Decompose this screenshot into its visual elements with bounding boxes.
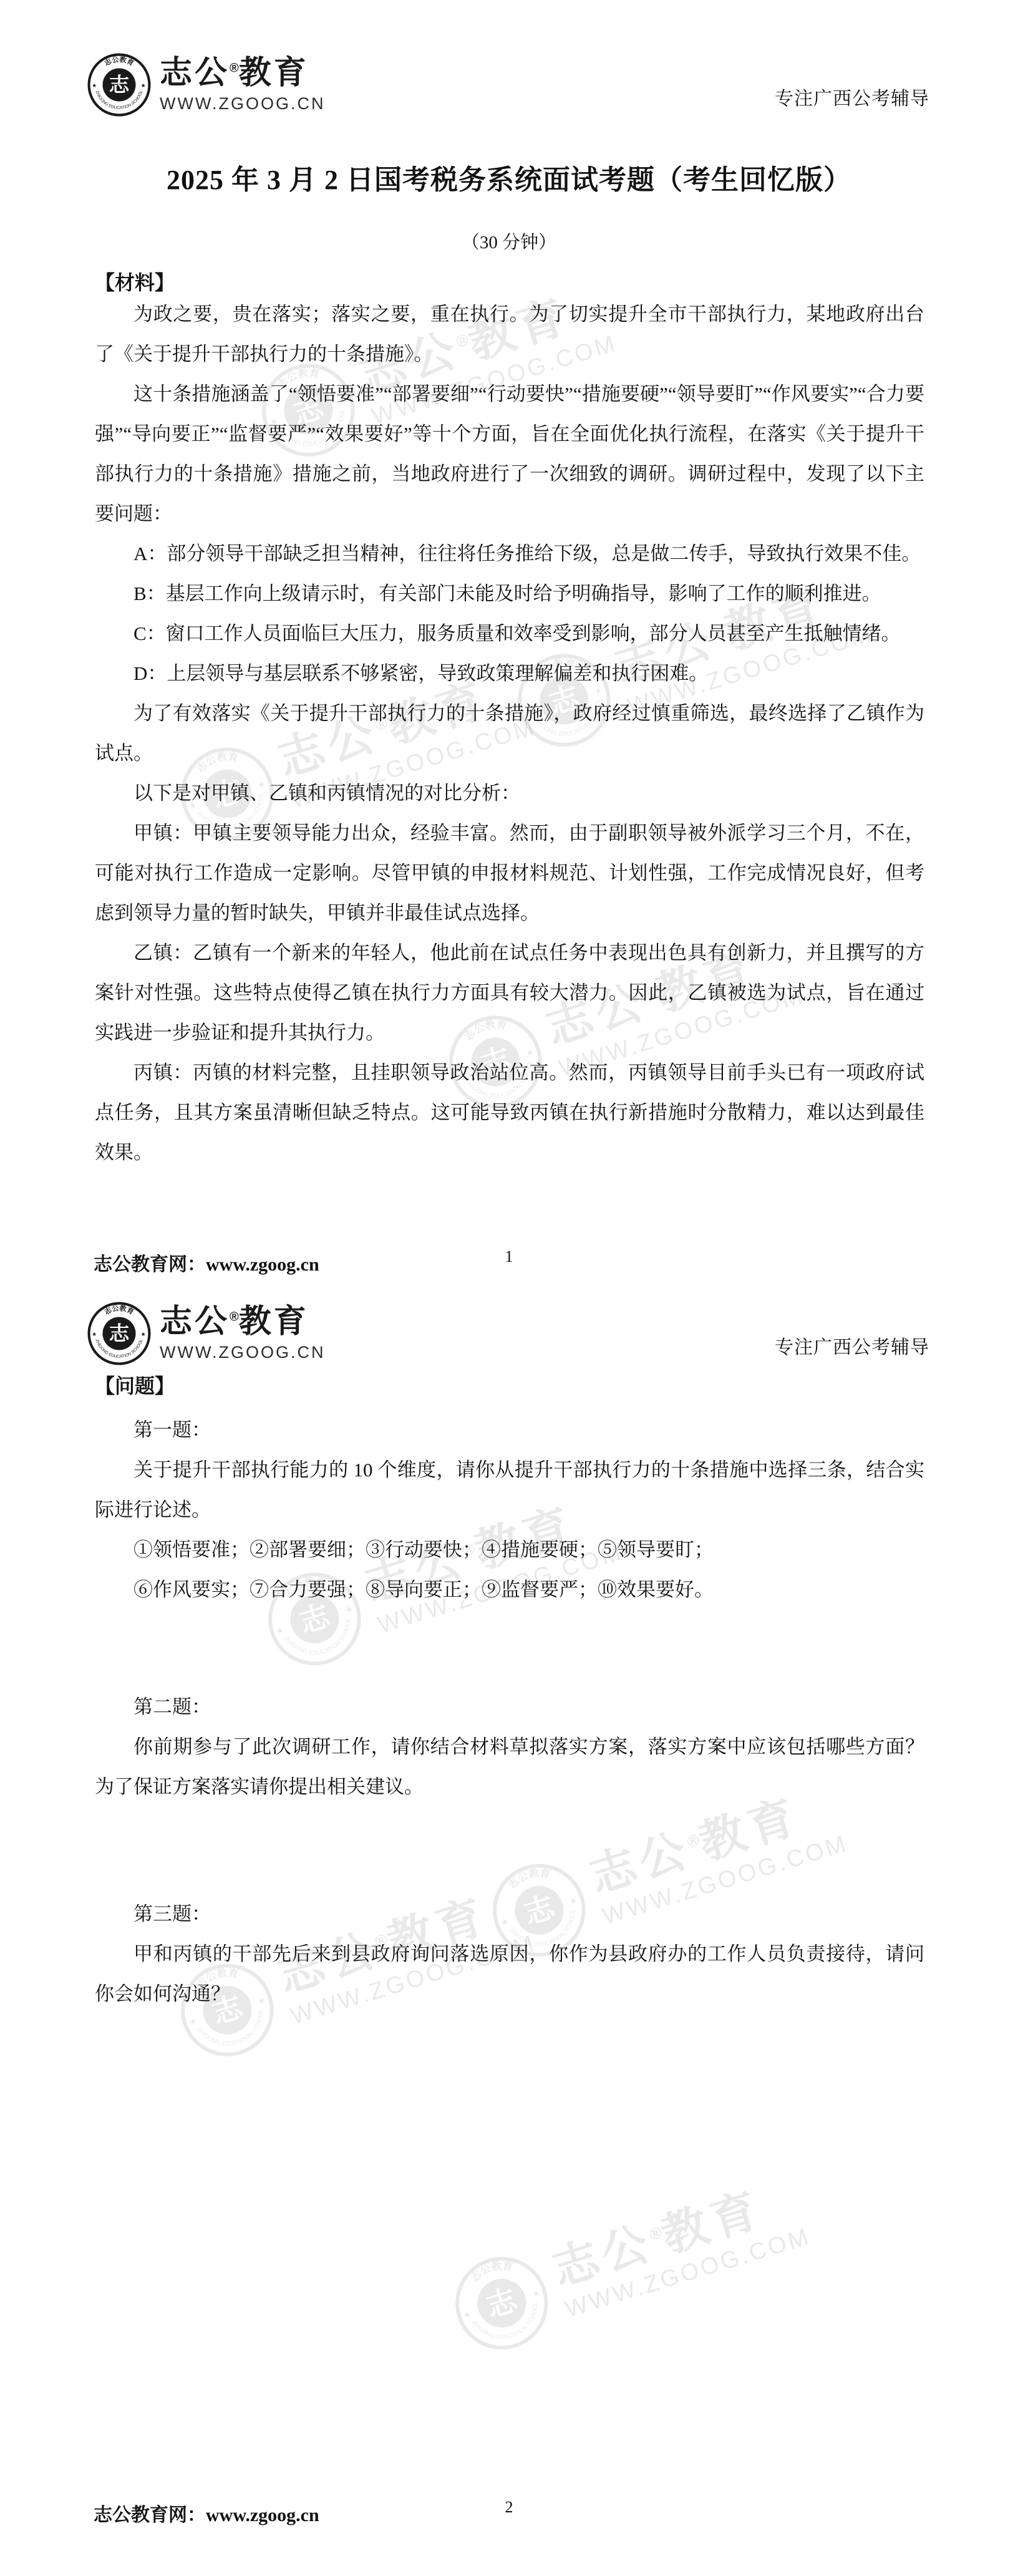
- registered-mark-icon: ®: [230, 62, 239, 75]
- page-number: 1: [94, 1247, 924, 1266]
- page-number: 2: [94, 2498, 924, 2517]
- page-2: 志公®教育 WWW.ZGOOG.CN 专注广西公考辅导 【问题】 第一题： 关于…: [0, 1288, 1018, 2576]
- material-paragraph: 以下是对甲镇、乙镇和丙镇情况的对比分析：: [95, 773, 924, 813]
- material-paragraph: D：上层领导与基层联系不够紧密，导致政策理解偏差和执行困难。: [95, 654, 924, 694]
- brand-text-block: 志公®教育 WWW.ZGOOG.CN: [160, 56, 325, 114]
- material-section-label: 【材料】: [95, 267, 175, 296]
- material-paragraph: C：窗口工作人员面临巨大压力，服务质量和效率受到影响，部分人员甚至产生抵触情绪。: [95, 614, 924, 654]
- material-paragraph: B：基层工作向上级请示时，有关部门未能及时给予明确指导，影响了工作的顺利推进。: [95, 574, 924, 614]
- brand-seal-icon: [87, 53, 151, 117]
- question-1-option-line: ①领悟要准；②部署要细；③行动要快；④措施要硬；⑤领导要盯；: [95, 1530, 924, 1570]
- header-tagline: 专注广西公考辅导: [775, 83, 929, 110]
- question-3-label: 第三题：: [95, 1894, 924, 1934]
- material-body: 为政之要，贵在落实；落实之要，重在执行。为了切实提升全市干部执行力，某地政府出台…: [95, 294, 924, 1173]
- material-paragraph: A：部分领导干部缺乏担当精神，往往将任务推给下级，总是做二传手，导致执行效果不佳…: [95, 534, 924, 574]
- page-footer: 志公教育网：www.zgoog.cn 1: [94, 1249, 924, 1274]
- document-page: { "brand": { "name_left": "志公", "reg": "…: [0, 0, 1018, 2576]
- brand-logo: 志公®教育 WWW.ZGOOG.CN: [87, 53, 325, 117]
- doc-duration: （30 分钟）: [0, 228, 1018, 254]
- material-paragraph: 乙镇：乙镇有一个新来的年轻人，他此前在试点任务中表现出色具有创新力，并且撰写的方…: [95, 933, 924, 1053]
- page-header: 志公®教育 WWW.ZGOOG.CN 专注广西公考辅导: [87, 1302, 929, 1365]
- brand-logo: 志公®教育 WWW.ZGOOG.CN: [87, 1302, 325, 1365]
- page-footer: 志公教育网：www.zgoog.cn 2: [94, 2499, 924, 2524]
- question-1-option-line: ⑥作风要实；⑦合力要强；⑧导向要正；⑨监督要严；⑩效果要好。: [95, 1570, 924, 1610]
- material-paragraph: 为了有效落实《关于提升干部执行力的十条措施》，政府经过慎重筛选，最终选择了乙镇作…: [95, 694, 924, 773]
- question-3: 第三题： 甲和丙镇的干部先后来到县政府询问落选原因，你作为县政府办的工作人员负责…: [95, 1894, 924, 2014]
- question-section-label: 【问题】: [95, 1370, 175, 1399]
- question-1: 第一题： 关于提升干部执行能力的 10 个维度，请你从提升干部执行力的十条措施中…: [95, 1410, 924, 1610]
- registered-mark-icon: ®: [230, 1310, 239, 1324]
- brand-name: 志公®教育: [160, 1305, 325, 1339]
- question-2-label: 第二题：: [95, 1687, 924, 1727]
- material-paragraph: 丙镇：丙镇的材料完整，且挂职领导政治站位高。然而，丙镇领导目前手头已有一项政府试…: [95, 1053, 924, 1173]
- question-3-text: 甲和丙镇的干部先后来到县政府询问落选原因，你作为县政府办的工作人员负责接待，请问…: [95, 1934, 924, 2014]
- question-1-label: 第一题：: [95, 1410, 924, 1450]
- material-paragraph: 为政之要，贵在落实；落实之要，重在执行。为了切实提升全市干部执行力，某地政府出台…: [95, 294, 924, 374]
- page-1: 志公®教育 WWW.ZGOOG.CN 专注广西公考辅导 2025 年 3 月 2…: [0, 0, 1018, 1288]
- question-1-text: 关于提升干部执行能力的 10 个维度，请你从提升干部执行力的十条措施中选择三条，…: [95, 1450, 924, 1530]
- doc-title: 2025 年 3 月 2 日国考税务系统面试考题（考生回忆版）: [0, 157, 1018, 197]
- brand-text-block: 志公®教育 WWW.ZGOOG.CN: [160, 1305, 325, 1362]
- header-tagline: 专注广西公考辅导: [775, 1332, 929, 1359]
- question-2: 第二题： 你前期参与了此次调研工作，请你结合材料草拟落实方案，落实方案中应该包括…: [95, 1687, 924, 1807]
- question-2-text: 你前期参与了此次调研工作，请你结合材料草拟落实方案，落实方案中应该包括哪些方面？…: [95, 1727, 924, 1807]
- brand-site-url: WWW.ZGOOG.CN: [160, 94, 325, 114]
- brand-seal-icon: [87, 1302, 151, 1365]
- material-paragraph: 这十条措施涵盖了“领悟要准”“部署要细”“行动要快”“措施要硬”“领导要盯”“作…: [95, 374, 924, 534]
- page-header: 志公®教育 WWW.ZGOOG.CN 专注广西公考辅导: [87, 53, 929, 117]
- material-paragraph: 甲镇：甲镇主要领导能力出众，经验丰富。然而，由于副职领导被外派学习三个月，不在，…: [95, 813, 924, 933]
- brand-name: 志公®教育: [160, 56, 325, 90]
- brand-site-url: WWW.ZGOOG.CN: [160, 1343, 325, 1362]
